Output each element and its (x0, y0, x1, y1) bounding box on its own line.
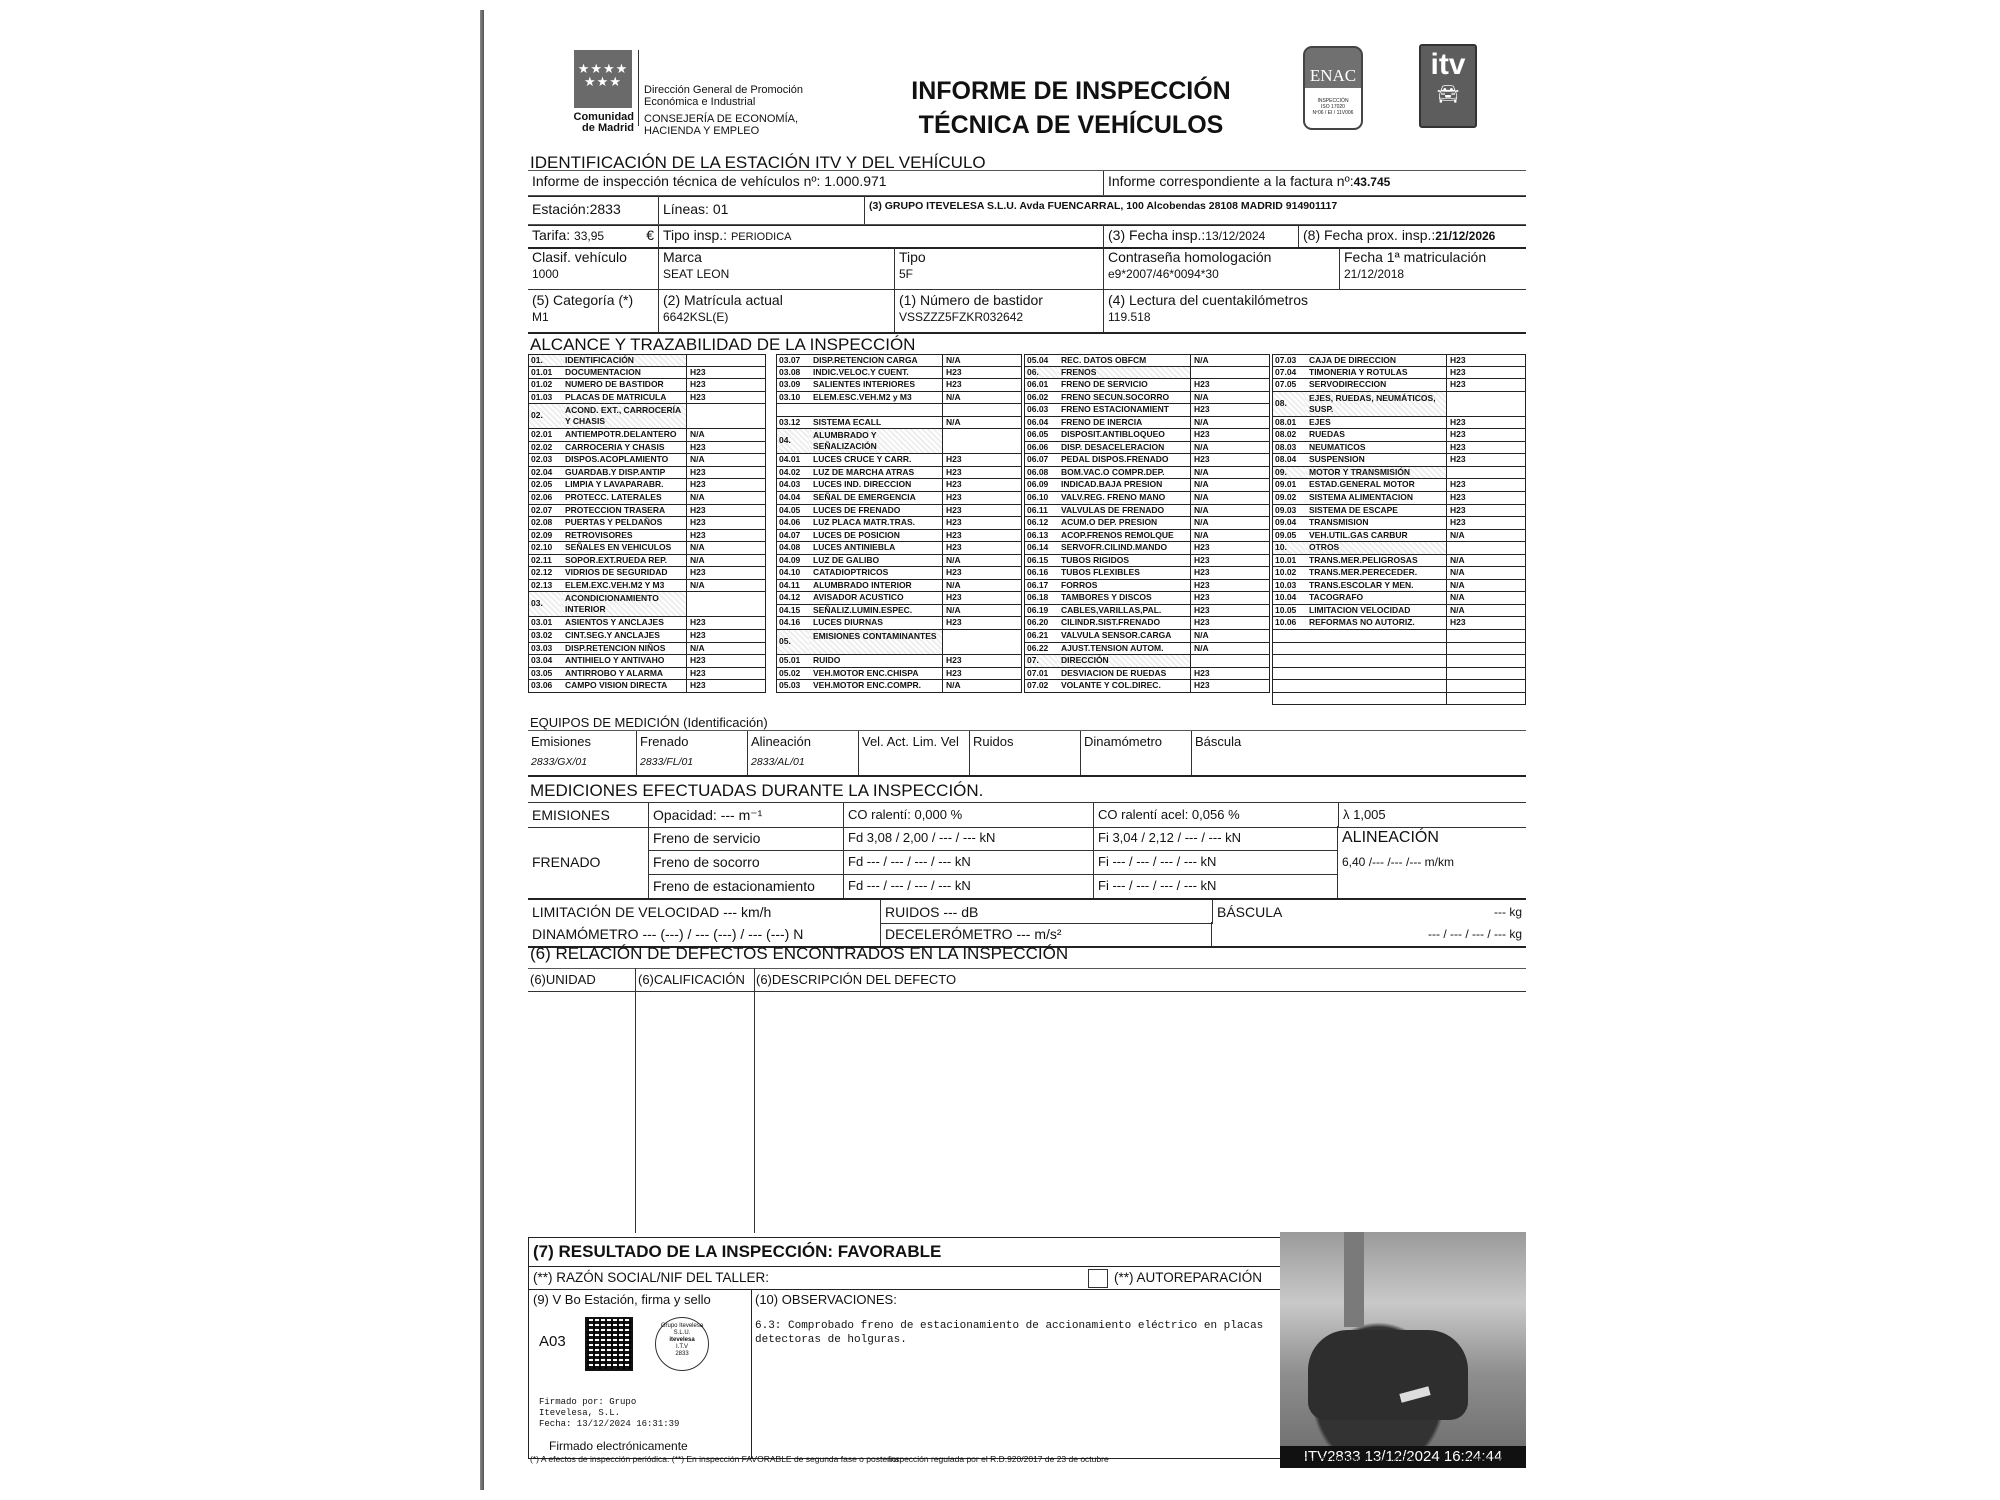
scope-item-row: 06.04FRENO DE INERCIAN/A (1024, 417, 1270, 430)
defects-title: (6) RELACIÓN DE DEFECTOS ENCONTRADOS EN … (530, 945, 1068, 963)
defects-col-divider (635, 968, 636, 1233)
scope-item-row: 04.11ALUMBRADO INTERIORN/A (776, 580, 1022, 593)
dynamometer-value: DINAMÓMETRO --- (---) / --- (---) / --- … (528, 922, 880, 946)
speed-limit-value: LIMITACIÓN DE VELOCIDAD --- km/h (528, 900, 880, 924)
car-icon: 🚘︎ (1421, 84, 1475, 104)
observations-text: 6.3: Comprobado freno de estacionamiento… (755, 1319, 1275, 1347)
scope-item-row: 06.22AJUST.TENSION AUTOM.N/A (1024, 643, 1270, 656)
scope-item-row: 06.05DISPOSIT.ANTIBLOQUEOH23 (1024, 429, 1270, 442)
vehicle-brand: SEAT LEON (663, 266, 890, 283)
report-number-row: Informe de inspección técnica de vehícul… (528, 170, 1526, 197)
scope-item-row: 04.09LUZ DE GALIBON/A (776, 555, 1022, 568)
inspection-report-page: ★★★★★★★ Comunidad de Madrid Dirección Ge… (528, 20, 1526, 1460)
scope-item-row: 02.02CARROCERIA Y CHASISH23 (528, 442, 766, 455)
signed-electronically: Firmado electrónicamente (549, 1439, 688, 1453)
scope-item-row: 02.10SEÑALES EN VEHICULOSN/A (528, 542, 766, 555)
scope-item-row: 09.04TRANSMISIONH23 (1272, 517, 1526, 530)
scope-item-row: 04.07LUCES DE POSICIONH23 (776, 530, 1022, 543)
co-idle-accel-value: CO ralentí acel: 0,056 % (1093, 803, 1338, 827)
defects-col-divider (754, 968, 755, 1233)
equipment-table: Emisiones2833/GX/01Frenado2833/FL/01Alin… (528, 730, 1526, 777)
scope-item-row: 10.01TRANS.MER.PELIGROSASN/A (1272, 555, 1526, 568)
homologation-code: e9*2007/46*0094*30 (1108, 266, 1335, 283)
scope-item-row (1272, 655, 1526, 668)
signed-by: Firmado por: Grupo Itevelesa, S.L. Fecha… (539, 1397, 679, 1430)
scope-item-row: 05.01RUIDOH23 (776, 655, 1022, 668)
scope-item-row (1272, 693, 1526, 706)
scope-item-row: 02.09RETROVISORESH23 (528, 530, 766, 543)
equipment-cell: Vel. Act. Lim. Vel (858, 731, 969, 775)
scale-value: --- kg (1490, 900, 1522, 924)
scope-item-row: 04.03LUCES IND. DIRECCIONH23 (776, 479, 1022, 492)
scope-item-row: 09.02SISTEMA ALIMENTACIONH23 (1272, 492, 1526, 505)
co-idle-value: CO ralentí: 0,000 % (843, 803, 1093, 827)
equipment-cell: Ruidos (969, 731, 1080, 775)
scope-item-row: 06.01FRENO DE SERVICIOH23 (1024, 379, 1270, 392)
scope-item-row: 06.15TUBOS RIGIDOSH23 (1024, 555, 1270, 568)
scope-item-row: 06.11VALVULAS DE FRENADON/A (1024, 505, 1270, 518)
scope-item-row: 10.04TACOGRAFON/A (1272, 592, 1526, 605)
inspection-date: 13/12/2024 (1205, 229, 1265, 243)
inspection-type: PERIODICA (731, 231, 792, 243)
parking-brake-fd: Fd --- / --- / --- / --- kN (843, 874, 1093, 898)
defects-table: (6)UNIDAD (6)CALIFICACIÓN (6)DESCRIPCIÓN… (528, 968, 1526, 1233)
scope-item-row: 01.03PLACAS DE MATRICULAH23 (528, 392, 766, 405)
vehicle-type: 5F (899, 266, 1099, 283)
equipment-cell: Frenado2833/FL/01 (636, 731, 747, 775)
scope-item-row: 06.07PEDAL DISPOS.FRENADOH23 (1024, 454, 1270, 467)
scope-section-header: 06.FRENOS (1024, 367, 1270, 380)
scope-item-row: 06.16TUBOS FLEXIBLESH23 (1024, 567, 1270, 580)
scope-section-header: 01.IDENTIFICACIÓN (528, 354, 766, 367)
self-repair-checkbox[interactable] (1088, 1269, 1108, 1288)
scope-item-row (1272, 643, 1526, 656)
col-description-header: (6)DESCRIPCIÓN DEL DEFECTO (756, 969, 956, 991)
fee-row: Tarifa: 33,95 € Tipo insp.: PERIODICA (3… (528, 224, 1526, 249)
scope-item-row: 02.05LIMPIA Y LAVAPARABR.H23 (528, 479, 766, 492)
registration-row: (5) Categoría (*) M1 (2) Matrícula actua… (528, 290, 1526, 334)
logo-divider (638, 50, 639, 126)
observations-area: (10) OBSERVACIONES: 6.3: Comprobado fren… (752, 1289, 1281, 1458)
scope-item-row: 04.15SEÑALIZ.LUMIN.ESPEC.N/A (776, 605, 1022, 618)
emissions-row: EMISIONES Opacidad: --- m⁻¹ CO ralentí: … (528, 802, 1526, 828)
page-number: Página 1 de 1 (1463, 1454, 1515, 1464)
scope-item-row: 03.01ASIENTOS Y ANCLAJESH23 (528, 617, 766, 630)
scope-item-row (776, 404, 1022, 417)
scope-item-row: 04.12AVISADOR ACUSTICOH23 (776, 592, 1022, 605)
scope-item-row: 08.04SUSPENSIONH23 (1272, 454, 1526, 467)
service-brake-fd: Fd 3,08 / 2,00 / --- / --- kN (843, 826, 1093, 850)
stars-icon: ★★★★★★★ (574, 50, 632, 88)
scope-item-row: 03.07DISP.RETENCION CARGAN/A (776, 354, 1022, 367)
signature-area: (9) V Bo Estación, firma y sello A03 Gru… (529, 1289, 752, 1458)
scope-item-row: 08.02RUEDASH23 (1272, 429, 1526, 442)
service-brake-row: Freno de servicio Fd 3,08 / 2,00 / --- /… (648, 826, 1338, 851)
scope-item-row: 07.04TIMONERIA Y ROTULASH23 (1272, 367, 1526, 380)
col-grade-header: (6)CALIFICACIÓN (638, 969, 745, 991)
scan-edge (480, 10, 484, 1490)
vehicle-class: 1000 (532, 266, 654, 283)
emergency-brake-fi: Fi --- / --- / --- / --- kN (1093, 850, 1338, 874)
scope-item-row: 06.17FORROSH23 (1024, 580, 1270, 593)
next-inspection-date: 21/12/2026 (1435, 229, 1495, 243)
scope-item-row: 08.03NEUMATICOSH23 (1272, 442, 1526, 455)
scope-item-row: 06.18TAMBORES Y DISCOSH23 (1024, 592, 1270, 605)
scope-item-row: 06.06DISP. DESACELERACIONN/A (1024, 442, 1270, 455)
direction-name: Dirección General de Promoción Económica… (644, 84, 803, 108)
scope-item-row: 02.01ANTIEMPOTR.DELANTERON/A (528, 429, 766, 442)
scope-item-row: 07.02VOLANTE Y COL.DIREC.H23 (1024, 680, 1270, 693)
scope-item-row: 06.09INDICAD.BAJA PRESIONN/A (1024, 479, 1270, 492)
scope-item-row: 06.12ACUM.O DEP. PRESIONN/A (1024, 517, 1270, 530)
scope-item-row: 02.07PROTECCION TRASERAH23 (528, 505, 766, 518)
scope-item-row: 09.05VEH.UTIL.GAS CARBURN/A (1272, 530, 1526, 543)
equipment-cell: Báscula (1191, 731, 1526, 775)
document-title: INFORME DE INSPECCIÓN TÉCNICA DE VEHÍCUL… (906, 74, 1236, 142)
vehicle-row: Clasif. vehículo 1000 Marca SEAT LEON Ti… (528, 247, 1526, 290)
decelerometer-value: DECELERÓMETRO --- m/s² (880, 922, 1212, 946)
scope-item-row: 03.08INDIC.VELOC.Y CUENT.H23 (776, 367, 1022, 380)
parking-brake-fi: Fi --- / --- / --- / --- kN (1093, 874, 1338, 898)
scope-section-header: 10.OTROS (1272, 542, 1526, 555)
qr-code (585, 1317, 633, 1371)
scope-section-header: 09.MOTOR Y TRANSMISIÓN (1272, 467, 1526, 480)
report-number: 1.000.971 (824, 173, 886, 189)
scope-item-row: 08.01EJESH23 (1272, 417, 1526, 430)
lines-value: 01 (713, 201, 729, 217)
inspector-code: A03 (539, 1333, 566, 1350)
scope-item-row: 09.01ESTAD.GENERAL MOTORH23 (1272, 479, 1526, 492)
scope-item-row: 02.11SOPOR.EXT.RUEDA REP.N/A (528, 555, 766, 568)
scope-item-row: 01.01DOCUMENTACIONH23 (528, 367, 766, 380)
emergency-brake-fd: Fd --- / --- / --- / --- kN (843, 850, 1093, 874)
scope-item-row: 06.10VALV.REG. FRENO MANON/A (1024, 492, 1270, 505)
scope-item-row: 06.14SERVOFR.CILIND.MANDOH23 (1024, 542, 1270, 555)
measurements-title: MEDICIONES EFECTUADAS DURANTE LA INSPECC… (530, 782, 983, 800)
scope-item-row: 10.06REFORMAS NO AUTORIZ.H23 (1272, 617, 1526, 630)
scope-item-row: 06.19CABLES,VARILLAS,PAL.H23 (1024, 605, 1270, 618)
scope-section-header: 02.ACOND. EXT., CARROCERÍA Y CHASIS (528, 404, 766, 429)
scope-item-row: 02.04GUARDAB.Y DISP.ANTIPH23 (528, 467, 766, 480)
inspection-photo: ITV2833 13/12/2024 16:24:44 (1280, 1232, 1526, 1468)
scale-axles-value: --- / --- / --- / --- kg (1424, 922, 1522, 946)
region-name: Comunidad de Madrid (568, 112, 634, 134)
itv-logo: itv 🚘︎ (1419, 44, 1477, 128)
scope-item-row: 04.01LUCES CRUCE Y CARR.H23 (776, 454, 1022, 467)
scope-item-row: 10.03TRANS.ESCOLAR Y MEN.N/A (1272, 580, 1526, 593)
scope-section-header: 08.EJES, RUEDAS, NEUMÁTICOS, SUSP. (1272, 392, 1526, 417)
scope-item-row: 10.05LIMITACION VELOCIDADN/A (1272, 605, 1526, 618)
scope-item-row: 09.03SISTEMA DE ESCAPEH23 (1272, 505, 1526, 518)
scope-item-row: 03.02CINT.SEG.Y ANCLAJESH23 (528, 630, 766, 643)
first-registration-date: 21/12/2018 (1344, 266, 1522, 283)
enac-logo: ENAC INSPECCIÓN ISO 17020 Nº06 / EI / 11… (1303, 46, 1363, 130)
department-name: CONSEJERÍA DE ECONOMÍA, HACIENDA Y EMPLE… (644, 113, 798, 137)
scope-item-row: 06.20CILINDR.SIST.FRENADOH23 (1024, 617, 1270, 630)
odometer-reading: 119.518 (1108, 309, 1522, 326)
scope-item-row: 03.09SALIENTES INTERIORESH23 (776, 379, 1022, 392)
scope-section-header: 03.ACONDICIONAMIENTO INTERIOR (528, 592, 766, 617)
scope-item-row: 02.03DISPOS.ACOPLAMIENTON/A (528, 454, 766, 467)
scope-item-row: 06.13ACOP.FRENOS REMOLQUEN/A (1024, 530, 1270, 543)
scope-item-row: 06.21VALVULA SENSOR.CARGAN/A (1024, 630, 1270, 643)
scope-item-row: 06.02FRENO SECUN.SOCORRON/A (1024, 392, 1270, 405)
scope-item-row: 05.02VEH.MOTOR ENC.CHISPAH23 (776, 668, 1022, 681)
equipment-cell: Emisiones2833/GX/01 (528, 731, 636, 775)
car-image (1308, 1330, 1468, 1420)
fee-value: 33,95 (574, 229, 604, 243)
scope-item-row: 03.05ANTIRROBO Y ALARMAH23 (528, 668, 766, 681)
lambda-value: λ 1,005 (1338, 803, 1526, 827)
scope-item-row: 05.04REC. DATOS OBFCMN/A (1024, 354, 1270, 367)
company-address: (3) GRUPO ITEVELESA S.L.U. Avda FUENCARR… (864, 196, 1526, 224)
scope-item-row: 04.05LUCES DE FRENADOH23 (776, 505, 1022, 518)
scope-item-row (1272, 668, 1526, 681)
scope-item-row: 02.08PUERTAS Y PELDAÑOSH23 (528, 517, 766, 530)
scope-item-row: 02.12VIDRIOS DE SEGURIDADH23 (528, 567, 766, 580)
comunidad-madrid-logo: ★★★★★★★ (574, 50, 632, 108)
scope-item-row: 03.12SISTEMA ECALLN/A (776, 417, 1022, 430)
scope-item-row: 03.10ELEM.ESC.VEH.M2 y M3N/A (776, 392, 1022, 405)
invoice-number: 43.745 (1354, 175, 1391, 189)
workshop-row: (**) RAZÓN SOCIAL/NIF DEL TALLER: (**) A… (529, 1266, 1281, 1290)
scope-section-header: 05.EMISIONES CONTAMINANTES (776, 630, 1022, 655)
scope-item-row: 07.01DESVIACION DE RUEDASH23 (1024, 668, 1270, 681)
scope-item-row: 03.03DISP.RETENCION NIÑOSN/A (528, 643, 766, 656)
scope-item-row: 04.06LUZ PLACA MATR.TRAS.H23 (776, 517, 1022, 530)
scope-item-row: 04.16LUCES DIURNASH23 (776, 617, 1022, 630)
col-unit-header: (6)UNIDAD (530, 969, 596, 991)
parking-brake-row: Freno de estacionamiento Fd --- / --- / … (648, 874, 1338, 898)
scope-item-row: 04.10CATADIOPTRICOSH23 (776, 567, 1022, 580)
station-row: Estación:2833 Líneas: 01 (3) GRUPO ITEVE… (528, 195, 1526, 226)
scope-item-row: 03.06CAMPO VISION DIRECTAH23 (528, 680, 766, 693)
scope-title: ALCANCE Y TRAZABILIDAD DE LA INSPECCIÓN (530, 336, 915, 354)
print-date: Fecha de impresión: 13/12/2024 (1294, 1454, 1416, 1464)
footer-note: (*) A efectos de inspección periódica. (… (530, 1454, 901, 1464)
equipment-cell: Alineación2833/AL/01 (747, 731, 858, 775)
scope-item-row: 02.13ELEM.EXC.VEH.M2 Y M3N/A (528, 580, 766, 593)
scope-section-header: 07.DIRECCIÓN (1024, 655, 1270, 668)
scope-item-row: 10.02TRANS.MER.PERECEDER.N/A (1272, 567, 1526, 580)
scope-section-header: 04.ALUMBRADO Y SEÑALIZACIÓN (776, 429, 1022, 454)
scope-item-row: 07.05SERVODIRECCIONH23 (1272, 379, 1526, 392)
equipment-cell: Dinamómetro (1080, 731, 1191, 775)
service-brake-fi: Fi 3,04 / 2,12 / --- / --- kN (1093, 826, 1338, 850)
speed-noise-row: LIMITACIÓN DE VELOCIDAD --- km/h RUIDOS … (528, 898, 1526, 924)
scope-item-row: 06.08BOM.VAC.O COMPR.DEP.N/A (1024, 467, 1270, 480)
scope-item-row: 04.08LUCES ANTINIEBLAH23 (776, 542, 1022, 555)
vehicle-category: M1 (532, 309, 654, 326)
opacity-value: Opacidad: --- m⁻¹ (648, 803, 843, 827)
scope-item-row: 02.06PROTECC. LATERALESN/A (528, 492, 766, 505)
scope-item-row: 06.03FRENO ESTACIONAMIENTH23 (1024, 404, 1270, 417)
scope-column: 05.04REC. DATOS OBFCMN/A06.FRENOS06.01FR… (1024, 354, 1270, 693)
emergency-brake-row: Freno de socorro Fd --- / --- / --- / --… (648, 850, 1338, 875)
footer-regulation: Inspección regulada por el R.D.920/2017 … (888, 1454, 1109, 1464)
result-box: (7) RESULTADO DE LA INSPECCIÓN: FAVORABL… (528, 1237, 1282, 1459)
scope-item-row: 05.03VEH.MOTOR ENC.COMPR.N/A (776, 680, 1022, 693)
scope-item-row: 07.03CAJA DE DIRECCIONH23 (1272, 354, 1526, 367)
scope-column: 03.07DISP.RETENCION CARGAN/A03.08INDIC.V… (776, 354, 1022, 693)
license-plate: 6642KSL(E) (663, 309, 890, 326)
scope-item-row: 01.02NUMERO DE BASTIDORH23 (528, 379, 766, 392)
station-number: 2833 (590, 201, 621, 217)
station-stamp: Grupo Itevelesa S.L.U. itevelesa I.T.V 2… (655, 1317, 709, 1371)
scope-item-row: 04.04SEÑAL DE EMERGENCIAH23 (776, 492, 1022, 505)
scope-item-row: 04.02LUZ DE MARCHA ATRASH23 (776, 467, 1022, 480)
scope-item-row (1272, 680, 1526, 693)
inspection-result: (7) RESULTADO DE LA INSPECCIÓN: FAVORABL… (533, 1242, 941, 1262)
noise-value: RUIDOS --- dB (880, 900, 1212, 924)
scope-item-row: 03.04ANTIHIELO Y ANTIVAHOH23 (528, 655, 766, 668)
scope-item-row (1272, 630, 1526, 643)
vin-number: VSSZZZ5FZKR032642 (899, 309, 1099, 326)
scope-column: 01.IDENTIFICACIÓN01.01DOCUMENTACIONH2301… (528, 354, 766, 693)
scope-column: 07.03CAJA DE DIRECCIONH2307.04TIMONERIA … (1272, 354, 1526, 705)
